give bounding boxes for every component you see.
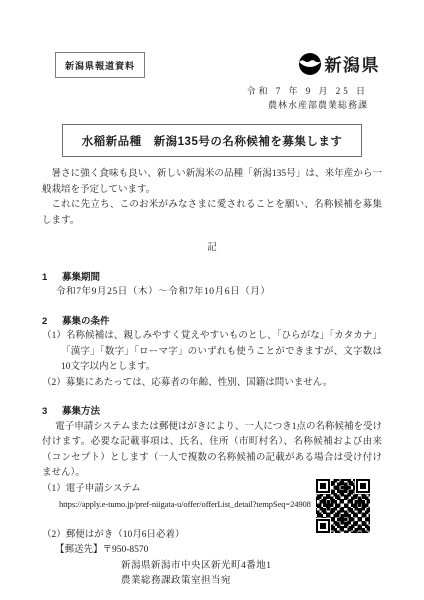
- section-2-title: 募集の条件: [62, 316, 110, 327]
- section-3-title: 募集方法: [62, 406, 100, 417]
- application-period: 令和7年9月25日（木）～令和7年10月6日（月）: [42, 285, 382, 301]
- condition-item-2: （2）募集にあたっては、応募者の年齢、性別、国籍は問いません。: [42, 376, 382, 392]
- mailing-address-line: 【郵送先】〒950-8570: [42, 543, 382, 559]
- ki-marker: 記: [42, 241, 382, 257]
- section-2-number: 2: [42, 314, 62, 330]
- issue-date: 令和 7 年 9 月 25 日: [246, 84, 368, 97]
- address-line-2: 農業総務課政策室担当宛: [42, 574, 382, 590]
- qr-finder-top-left: [316, 479, 330, 493]
- press-release-page: 新潟県報道資料 新潟県 令和 7 年 9 月 25 日 農林水産部農業総務課 水…: [0, 0, 424, 600]
- document-title: 水稲新品種 新潟135号の名称候補を募集します: [82, 136, 343, 148]
- section-1-title: 募集期間: [62, 272, 100, 283]
- method-intro: 電子申請システムまたは郵便はがきにより、一人につき1点の名称候補を受け付けます。…: [42, 420, 382, 482]
- section-2-heading: 2募集の条件: [42, 314, 382, 330]
- issuing-department: 農林水産部農業総務課: [268, 98, 368, 111]
- prefecture-identity: 新潟県: [298, 51, 381, 76]
- intro-paragraph-2: これに先立ち、このお米がみなさまに愛されることを願い、名称候補を募集します。: [42, 198, 382, 229]
- press-material-badge: 新潟県報道資料: [55, 52, 145, 78]
- qr-finder-top-right: [356, 479, 370, 493]
- section-3-heading: 3募集方法: [42, 404, 382, 420]
- section-1-number: 1: [42, 270, 62, 286]
- condition-item-1: （1）名称候補は、親しみやすく覚えやすいものとし、「ひらがな」「カタカナ」「漢字…: [42, 329, 382, 376]
- intro-paragraph-1: 暑さに強く食味も良い、新しい新潟米の品種「新潟135号」は、来年産から一般栽培を…: [42, 167, 382, 198]
- document-title-box: 水稲新品種 新潟135号の名称候補を募集します: [62, 124, 362, 157]
- niigata-prefecture-logo-icon: [298, 52, 322, 76]
- mail-to-label: 【郵送先】: [55, 545, 103, 555]
- address-line-1: 新潟県新潟市中央区新光町4番地1: [42, 559, 382, 575]
- prefecture-name: 新潟県: [325, 51, 381, 76]
- section-3-number: 3: [42, 404, 62, 420]
- qr-finder-bottom-left: [316, 519, 330, 533]
- press-material-label: 新潟県報道資料: [65, 61, 135, 71]
- section-1-heading: 1募集期間: [42, 270, 382, 286]
- qr-code-icon: [316, 479, 370, 533]
- postal-code: 〒950-8570: [103, 545, 149, 555]
